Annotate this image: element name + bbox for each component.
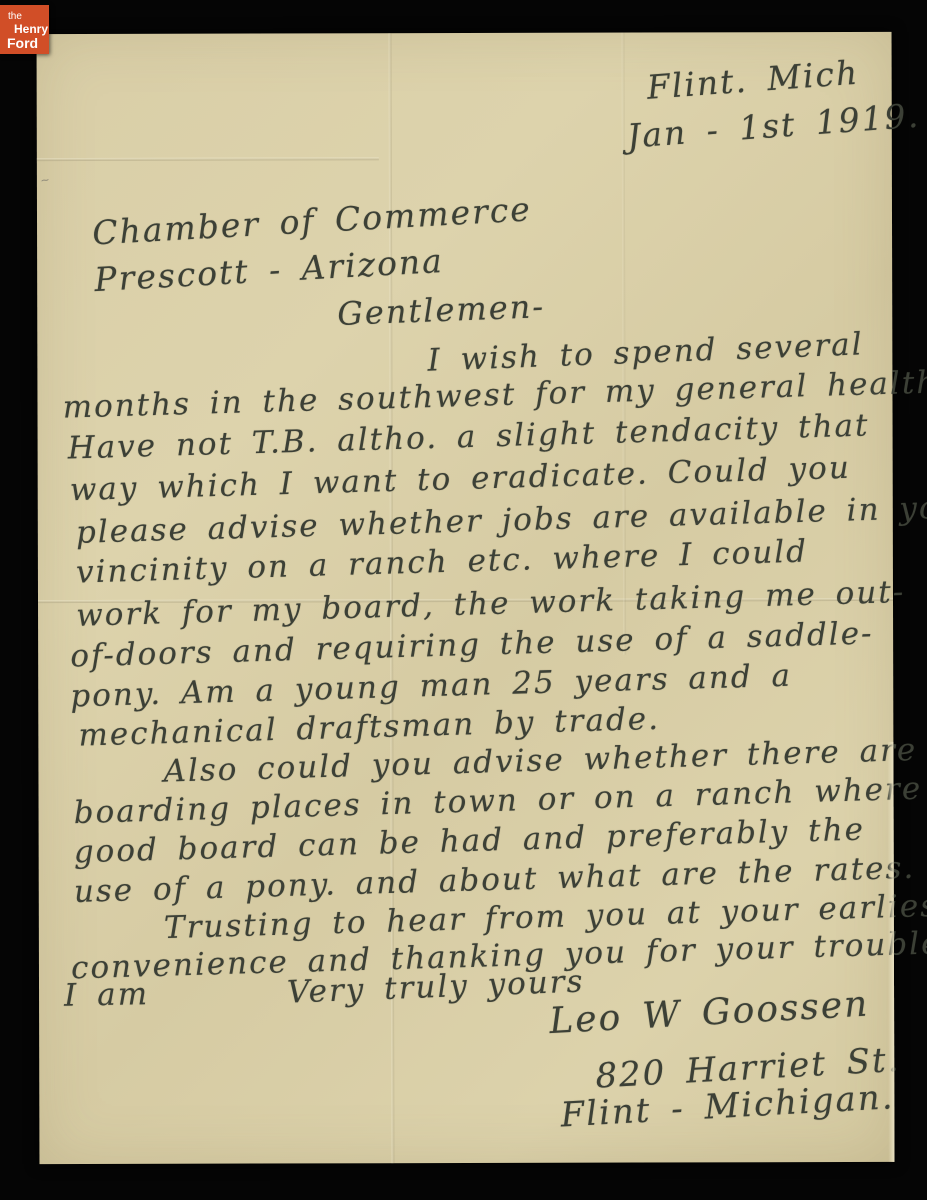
logo-text-henry: Henry bbox=[14, 22, 48, 36]
henry-ford-logo: the Henry Ford bbox=[0, 5, 49, 54]
letter-line-place: Flint. Mich bbox=[646, 53, 861, 107]
logo-text-the: the bbox=[8, 11, 22, 22]
letter-line-recipient: Chamber of Commerce bbox=[91, 189, 532, 252]
photo-backdrop: the Henry Ford ~ Flint. Mich Jan - 1st 1… bbox=[0, 0, 927, 1200]
pencil-mark: ~ bbox=[39, 172, 48, 189]
fold-crease-horizontal-top bbox=[37, 157, 379, 161]
letter-line-signature: Leo W Goossen bbox=[548, 984, 870, 1043]
letter-line-salutation: Gentlemen- bbox=[337, 287, 546, 333]
letter-line-closing: I am bbox=[64, 976, 150, 1014]
letter-paper: ~ Flint. Mich Jan - 1st 1919. Chamber of… bbox=[37, 32, 895, 1164]
letter-line-recipient-city: Prescott - Arizona bbox=[93, 241, 444, 299]
logo-text-ford: Ford bbox=[7, 35, 38, 51]
